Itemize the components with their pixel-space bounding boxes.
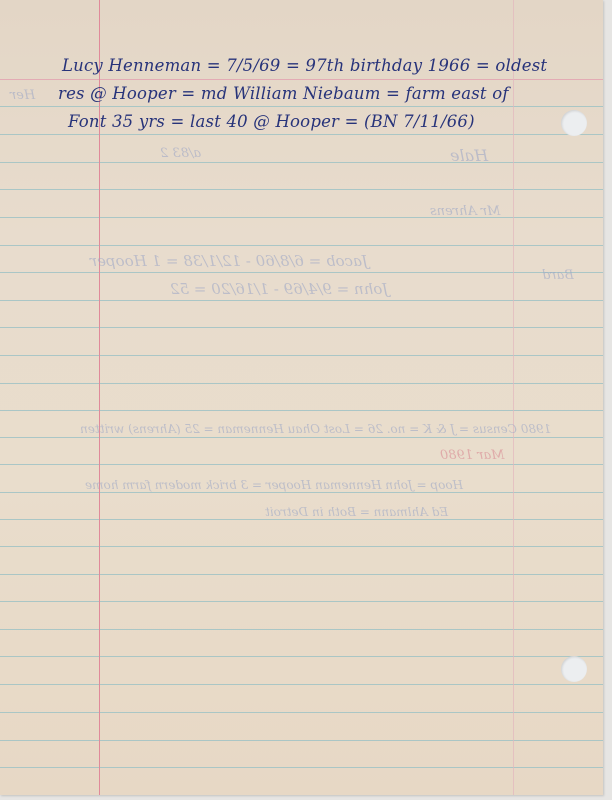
right-margin-line — [513, 0, 514, 795]
handwritten-line-1: Lucy Henneman = 7/5/69 = 97th birthday 1… — [62, 56, 547, 75]
punch-hole-top — [561, 110, 587, 136]
notebook-page: Her a/83 2 Hale Mr Ahrens Jacob = 6/8/60… — [0, 0, 603, 795]
punch-hole-bottom — [561, 656, 587, 682]
bleed-through-text: Bard — [542, 268, 574, 283]
bleed-through-text: Mr Ahrens — [430, 204, 500, 219]
bleed-through-text: a/83 2 — [160, 146, 201, 161]
bleed-through-text: Her — [10, 88, 35, 103]
bleed-through-date: Mar 1980 — [440, 448, 505, 463]
handwritten-line-3: Font 35 yrs = last 40 @ Hooper = (BN 7/1… — [68, 112, 475, 131]
bleed-through-text: Hoop = John Henneman Hooper = 3 brick mo… — [85, 478, 463, 492]
bleed-through-text: 1980 Census = J & K = no. 26 = Lost Ohau… — [80, 422, 551, 436]
handwritten-line-2: res @ Hooper = md William Niebaum = farm… — [58, 84, 509, 103]
bleed-through-text: Ed Ahlmann = Both in Detroit — [265, 505, 448, 519]
bleed-through-text: Jacob = 6/8/60 - 12/1/38 = 1 Hooper — [90, 252, 368, 270]
bleed-through-text: Hale — [450, 146, 488, 165]
bleed-through-text: John = 9/4/69 - 1/16/20 = 52 — [170, 280, 388, 298]
